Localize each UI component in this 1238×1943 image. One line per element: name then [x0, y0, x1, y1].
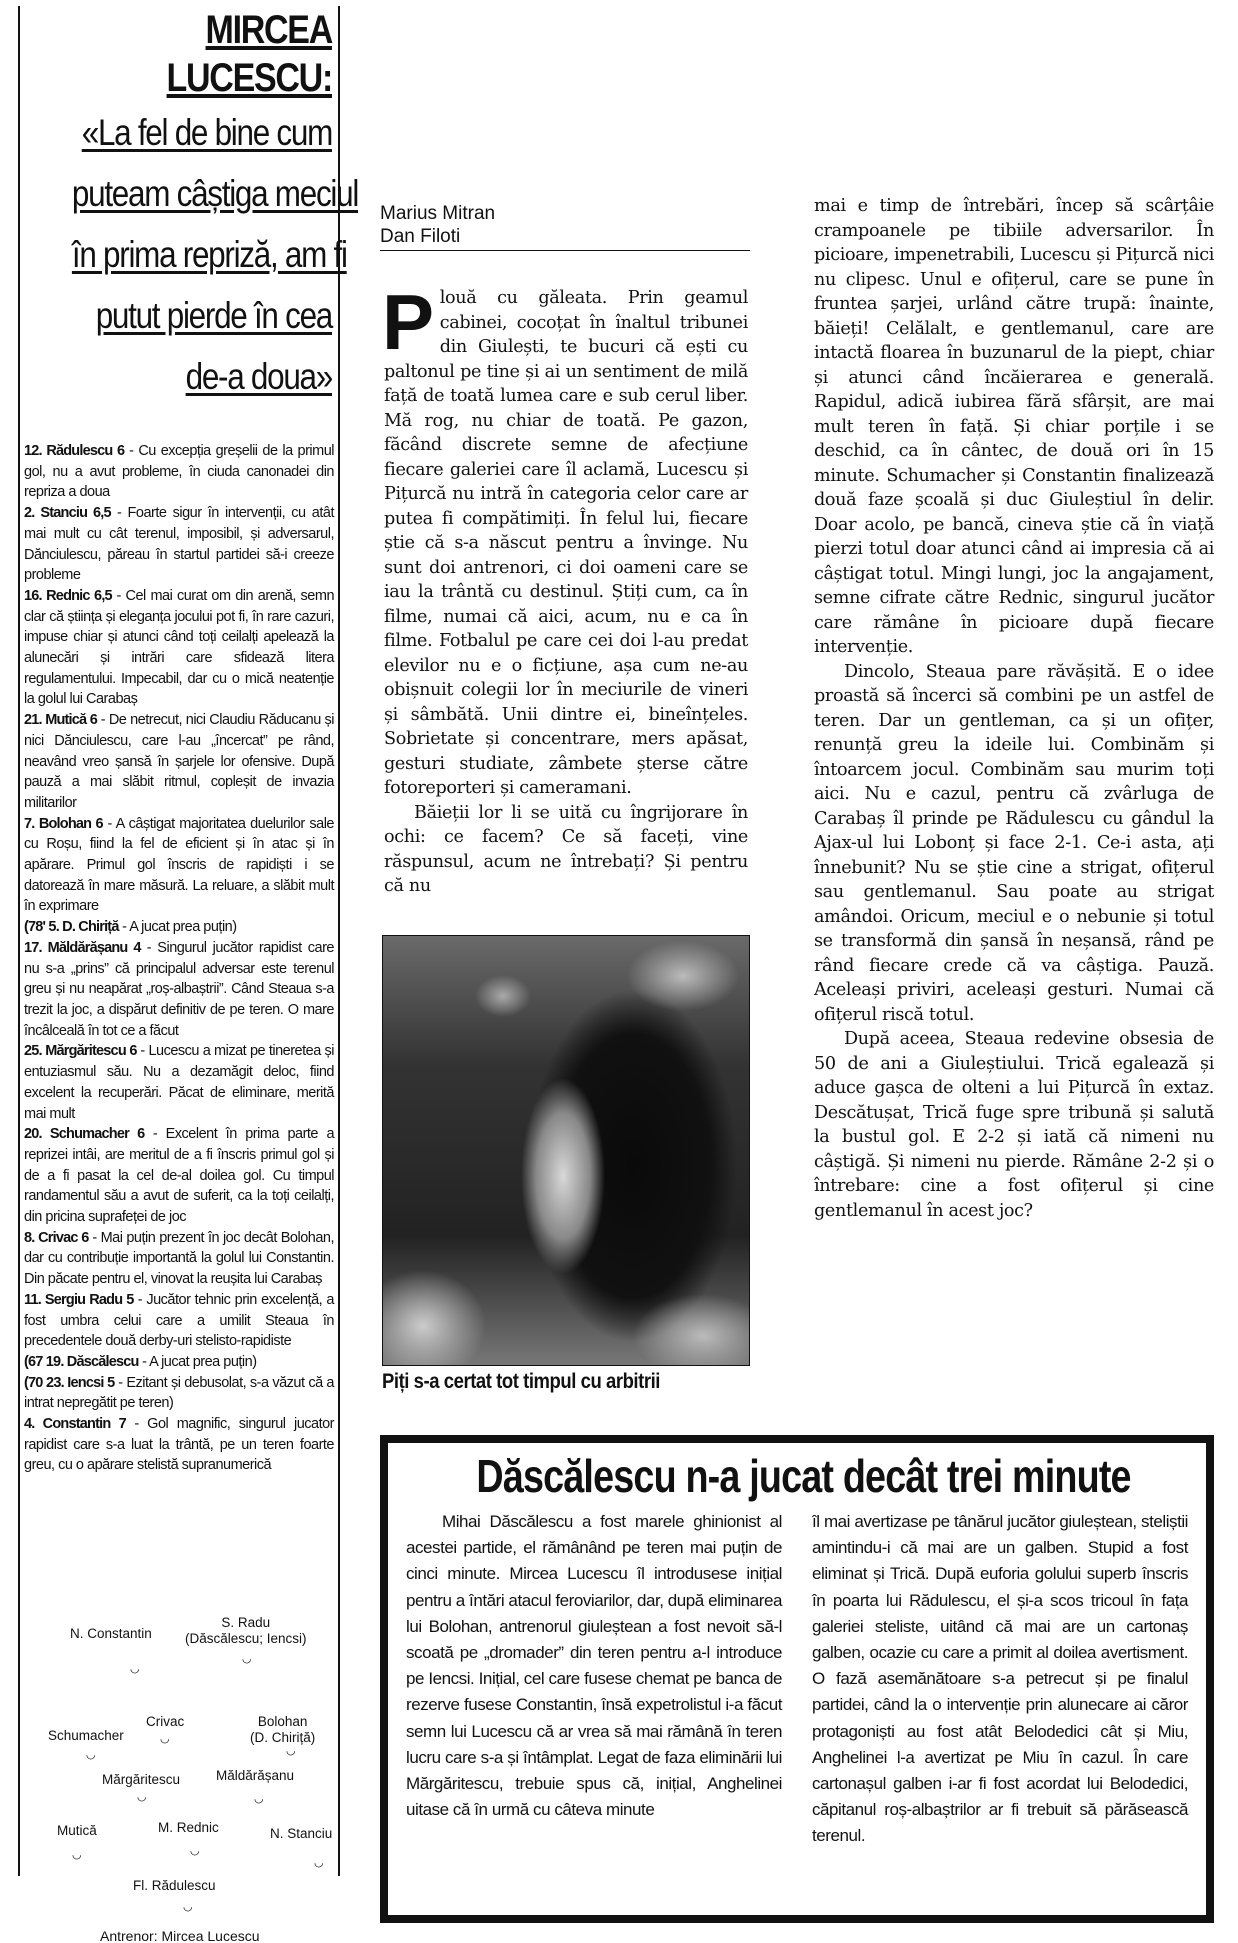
- player-ratings-column: MIRCEA LUCESCU: «La fel de bine cum pute…: [18, 6, 340, 1876]
- rating-text: - Cel mai curat om din arenă, semn clar …: [24, 588, 334, 708]
- rating-item: 4. Constantin 7 - Gol magnific, singurul…: [24, 1414, 334, 1476]
- player-marker-icon: ◡: [137, 1790, 147, 1803]
- player-name-grade: (70 23. Iencsi 5: [24, 1375, 114, 1391]
- player-name-grade: 20. Schumacher 6: [24, 1126, 144, 1142]
- player-name-grade: 11. Sergiu Radu 5: [24, 1292, 134, 1308]
- article-column-2: mai e timp de întrebări, încep să scârțâ…: [814, 194, 1214, 1223]
- rating-item: 20. Schumacher 6 - Excelent în prima par…: [24, 1124, 334, 1228]
- article-paragraph: Băieții lor li se uită cu îngrijorare în…: [384, 801, 748, 899]
- rating-item: (70 23. Iencsi 5 - Ezitant și debusolat,…: [24, 1373, 334, 1414]
- quote-line: în prima repriză, am fi: [72, 224, 332, 285]
- player-name-grade: 7. Bolohan 6: [24, 816, 103, 832]
- byline: Marius Mitran Dan Filoti: [380, 202, 750, 251]
- article-paragraph: După aceea, Steaua redevine obsesia de 5…: [814, 1027, 1214, 1223]
- lineup-player: Schumacher: [48, 1728, 124, 1744]
- rating-item: 7. Bolohan 6 - A câștigat majoritatea du…: [24, 814, 334, 918]
- rating-item: 8. Crivac 6 - Mai puțin prezent în joc d…: [24, 1228, 334, 1290]
- author-name: Marius Mitran: [380, 202, 750, 225]
- player-name-grade: 17. Măldărășanu 4: [24, 940, 141, 956]
- player-marker-icon: ◡: [254, 1792, 264, 1805]
- rating-text: - A jucat prea puțin): [139, 1354, 257, 1370]
- box-column-text: îl mai avertizase pe tânărul jucător giu…: [812, 1509, 1188, 1850]
- lineup-player: Bolohan(D. Chiriță): [250, 1714, 315, 1746]
- player-marker-icon: ◡: [242, 1652, 252, 1665]
- player-marker-icon: ◡: [190, 1844, 200, 1857]
- ratings-list: 12. Rădulescu 6 - Cu excepția greșelii d…: [20, 441, 338, 1476]
- lineup-player: Mărgăritescu: [102, 1772, 180, 1788]
- player-name-grade: 8. Crivac 6: [24, 1230, 88, 1246]
- player-name-grade: 16. Rednic 6,5: [24, 588, 112, 604]
- player-name-grade: 21. Mutică 6: [24, 712, 97, 728]
- lineup-player: Crivac: [146, 1714, 184, 1730]
- box-columns: Mihai Dăscălescu a fost marele ghinionis…: [406, 1509, 1188, 1850]
- player-name-grade: (78' 5. D. Chiriță: [24, 919, 119, 935]
- lucescu-quote: MIRCEA LUCESCU: «La fel de bine cum pute…: [20, 6, 338, 407]
- rating-item: (78' 5. D. Chiriță - A jucat prea puțin): [24, 917, 334, 938]
- quote-line: «La fel de bine cum: [72, 102, 332, 163]
- rating-item: 11. Sergiu Radu 5 - Jucător tehnic prin …: [24, 1290, 334, 1352]
- lineup-player: Mutică: [57, 1823, 97, 1839]
- rating-item: 21. Mutică 6 - De netrecut, nici Claudiu…: [24, 710, 334, 814]
- player-name-grade: 12. Rădulescu 6: [24, 443, 124, 459]
- player-marker-icon: ◡: [86, 1748, 96, 1761]
- player-marker-icon: ◡: [183, 1900, 193, 1913]
- player-name-grade: 2. Stanciu 6,5: [24, 505, 111, 521]
- quote-title: MIRCEA LUCESCU:: [72, 6, 332, 102]
- box-headline: Dăscălescu n-a jucat decât trei minute: [476, 1451, 1117, 1501]
- lineup-player: S. Radu(Dăscălescu; Iencsi): [185, 1615, 307, 1647]
- player-marker-icon: ◡: [314, 1856, 324, 1869]
- player-marker-icon: ◡: [72, 1848, 82, 1861]
- player-marker-icon: ◡: [160, 1732, 170, 1745]
- lineup-player: N. Stanciu: [270, 1826, 332, 1842]
- team-lineup-diagram: N. Constantin ◡ S. Radu(Dăscălescu; Ienc…: [0, 1610, 340, 1940]
- coach-name: Antrenor: Mircea Lucescu: [100, 1928, 260, 1943]
- player-marker-icon: ◡: [286, 1744, 296, 1757]
- drop-cap: P: [382, 290, 434, 358]
- player-name-grade: (67 19. Dăscălescu: [24, 1354, 139, 1370]
- box-column-text: Mihai Dăscălescu a fost marele ghinionis…: [406, 1509, 782, 1850]
- quote-line: putut pierde în cea: [72, 285, 332, 346]
- quote-line: de-a doua»: [72, 346, 332, 407]
- rating-item: 17. Măldărășanu 4 - Singurul jucător rap…: [24, 938, 334, 1042]
- article-paragraph: mai e timp de întrebări, încep să scârțâ…: [814, 194, 1214, 660]
- photo-coaches-on-pitch: [382, 935, 750, 1366]
- rating-text: - A jucat prea puțin): [119, 919, 237, 935]
- rating-item: (67 19. Dăscălescu - A jucat prea puțin): [24, 1352, 334, 1373]
- author-name: Dan Filoti: [380, 225, 750, 248]
- lineup-player: Măldărășanu: [216, 1768, 294, 1784]
- quote-line: puteam câștiga meciul: [72, 163, 332, 224]
- player-marker-icon: ◡: [130, 1662, 140, 1675]
- article-column-1: Plouă cu găleata. Prin geamul cabinei, c…: [384, 286, 748, 899]
- lineup-player: N. Constantin: [70, 1626, 152, 1642]
- lineup-player: Fl. Rădulescu: [133, 1878, 216, 1894]
- lineup-player: M. Rednic: [158, 1820, 219, 1836]
- photo-caption: Piți s-a certat tot timpul cu arbitrii: [382, 1370, 660, 1394]
- player-name-grade: 25. Mărgăritescu 6: [24, 1043, 137, 1059]
- rating-item: 2. Stanciu 6,5 - Foarte sigur în interve…: [24, 503, 334, 586]
- player-name-grade: 4. Constantin 7: [24, 1416, 126, 1432]
- sidebar-article-box: Dăscălescu n-a jucat decât trei minute M…: [380, 1435, 1214, 1923]
- rating-item: 16. Rednic 6,5 - Cel mai curat om din ar…: [24, 586, 334, 710]
- rating-item: 25. Mărgăritescu 6 - Lucescu a mizat pe …: [24, 1041, 334, 1124]
- article-paragraph: Plouă cu găleata. Prin geamul cabinei, c…: [384, 286, 748, 801]
- rating-item: 12. Rădulescu 6 - Cu excepția greșelii d…: [24, 441, 334, 503]
- article-paragraph: Dincolo, Steaua pare răvășită. E o idee …: [814, 660, 1214, 1028]
